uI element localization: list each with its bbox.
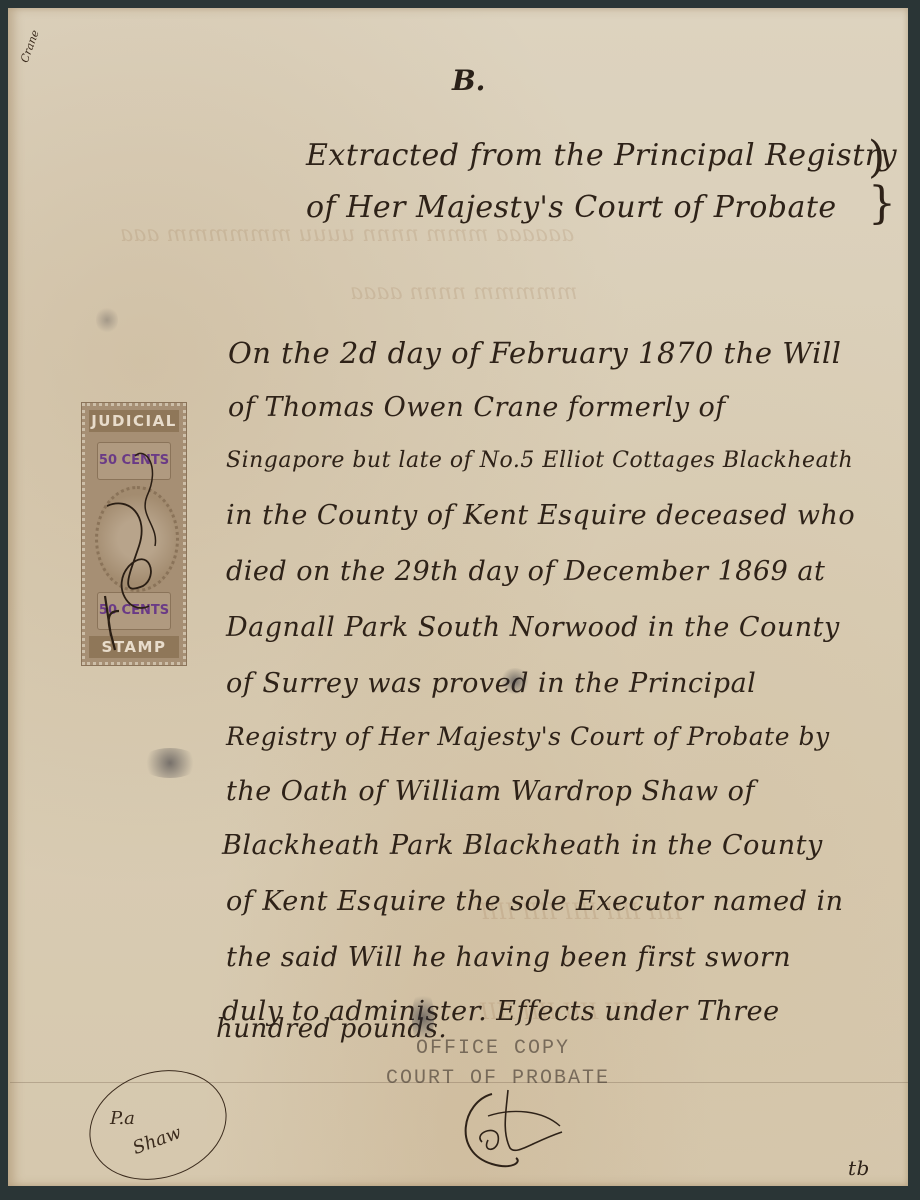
judicial-stamp: JUDICIAL 50 CENTS 50 CENTS STAMP [82,403,186,665]
body-line: in the County of Kent Esquire deceased w… [226,500,855,531]
brace-mark: ) [868,136,885,180]
heading-line-1: Extracted from the Principal Registry [306,138,897,173]
body-line: On the 2d day of February 1870 the Will [228,336,841,370]
body-line: the Oath of William Wardrop Shaw of [226,776,755,807]
body-line: Dagnall Park South Norwood in the County [226,612,840,643]
office-copy-stamp-line1: OFFICE COPY [416,1037,570,1060]
signature-flourish-icon [452,1082,572,1182]
oval-annotation-line1: P.a [110,1108,135,1129]
corner-initials: tb [848,1156,870,1180]
body-line: Blackheath Park Blackheath in the County [222,830,823,861]
body-line: of Kent Esquire the sole Executor named … [226,886,844,917]
corner-mark: B. [452,64,485,97]
bleed-through-text: aaaaaa mmm nnnn uuuu mmmmmm aaa [120,222,574,247]
heading-line-2: of Her Majesty's Court of Probate [306,190,837,225]
brace-mark: } [868,182,896,226]
body-line: of Thomas Owen Crane formerly of [228,392,726,423]
body-line: died on the 29th day of December 1869 at [226,556,825,587]
signature-cancellation-icon [99,436,169,666]
ink-blot [96,306,118,334]
ink-blot [500,668,530,694]
body-line: Singapore but late of No.5 Elliot Cottag… [226,448,853,473]
bleed-through-text: mmmmm nnnn aaaa [350,280,577,305]
ink-blot [140,748,200,778]
body-line: of Surrey was proved in the Principal [226,668,756,699]
body-line: Registry of Her Majesty's Court of Proba… [226,722,830,751]
stamp-top-label: JUDICIAL [89,410,179,432]
body-line: the said Will he having been first sworn [226,942,791,973]
